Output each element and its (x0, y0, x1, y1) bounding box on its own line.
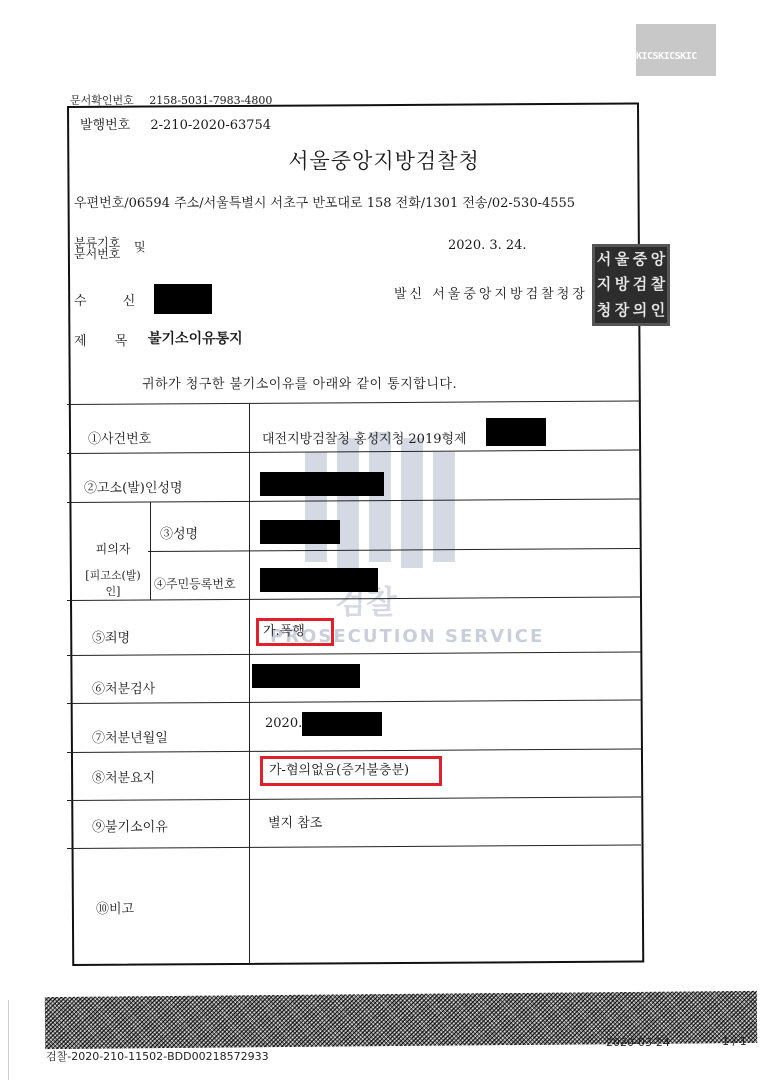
official-seal: 서울중앙지방검찰청장의인 (592, 244, 670, 326)
disposition-date-value: 2020. (265, 716, 302, 731)
seal-glyph: 서 (595, 247, 613, 272)
issue-number: 발행번호 2-210-2020-63754 (80, 114, 271, 133)
classification-label: 분류기호 문서번호 (74, 238, 134, 260)
footer-page-number: 1 / 1 (722, 1035, 747, 1048)
disposition-date-redaction (302, 712, 382, 736)
footer-date: 2020-03-24 (606, 1036, 670, 1049)
kics-row: KICSKICSKIC (636, 50, 716, 63)
footer-document-id: 검찰-2020-210-11502-BDD00218572933 (46, 1048, 269, 1064)
row-label-non-prosecution-reason: ⑨불기소이유 (92, 816, 238, 835)
non-prosecution-reason-value: 별지 참조 (268, 812, 322, 831)
classification-and: 및 (134, 238, 146, 255)
notice-text: 귀하가 청구한 불기소이유를 아래와 같이 통지합니다. (142, 373, 457, 392)
seal-glyph: 울 (613, 247, 631, 272)
seal-glyph: 인 (649, 298, 667, 323)
seal-glyph: 지 (595, 272, 613, 297)
kics-security-pattern: KICSKICSKIC KICSKICSKIC KICSKICSKIC KICS… (636, 24, 716, 76)
document-date: 2020. 3. 24. (448, 238, 527, 253)
seal-glyph: 청 (595, 298, 613, 323)
row-label-resident-number: ④주민등록번호 (154, 575, 244, 592)
document-frame (67, 103, 644, 966)
table-column-divider (249, 404, 250, 964)
disposition-summary-value: 가-혐의없음(증거불충분) (260, 756, 442, 786)
seal-glyph: 찰 (649, 272, 667, 297)
row-label-remarks: ⑩비고 (96, 898, 238, 917)
scan-edge (8, 1000, 9, 1080)
issue-number-value: 2-210-2020-63754 (150, 118, 271, 133)
agency-title: 서울중앙지방검찰청 (0, 145, 768, 175)
row-label-prosecutor: ⑥처분검사 (92, 678, 238, 697)
seal-glyph: 앙 (649, 247, 667, 272)
recipient-redaction (154, 284, 212, 314)
row-label-case-number: ①사건번호 (88, 428, 238, 447)
case-number-value: 대전지방검찰청 홍성지청 2019형제 (262, 428, 467, 447)
suspect-name-redaction (260, 520, 340, 544)
subject-label: 제 목 (74, 330, 139, 349)
seal-glyph: 방 (613, 272, 631, 297)
complainant-redaction (260, 472, 384, 496)
issue-number-label: 발행번호 (80, 118, 130, 133)
row-group-suspect: 피의자 [피고소(발)인] (80, 540, 146, 599)
subject-value: 불기소이유통지 (148, 328, 243, 348)
row-label-suspect-name: ③성명 (160, 523, 240, 542)
table-group-divider (150, 502, 151, 600)
sender: 발신 서울중앙지방검찰청장 (394, 283, 588, 302)
seal-glyph: 장 (613, 298, 631, 323)
row-label-disposition-date: ⑦처분년월일 (92, 727, 238, 746)
row-label-charge: ⑤죄명 (92, 627, 238, 646)
resident-number-redaction (260, 568, 378, 592)
row-label-disposition-summary: ⑧처분요지 (92, 767, 238, 786)
row-label-complainant: ②고소(발)인성명 (84, 477, 240, 496)
seal-glyph: 중 (631, 247, 649, 272)
address-line: 우편번호/06594 주소/서울특별시 서초구 반포대로 158 전화/1301… (74, 192, 575, 211)
case-number-redaction (486, 418, 546, 446)
seal-glyph: 검 (631, 272, 649, 297)
seal-glyph: 의 (631, 298, 649, 323)
recipient-label: 수 신 (74, 290, 151, 309)
charge-value: 가.폭행 (256, 618, 334, 646)
prosecutor-redaction (252, 664, 360, 688)
